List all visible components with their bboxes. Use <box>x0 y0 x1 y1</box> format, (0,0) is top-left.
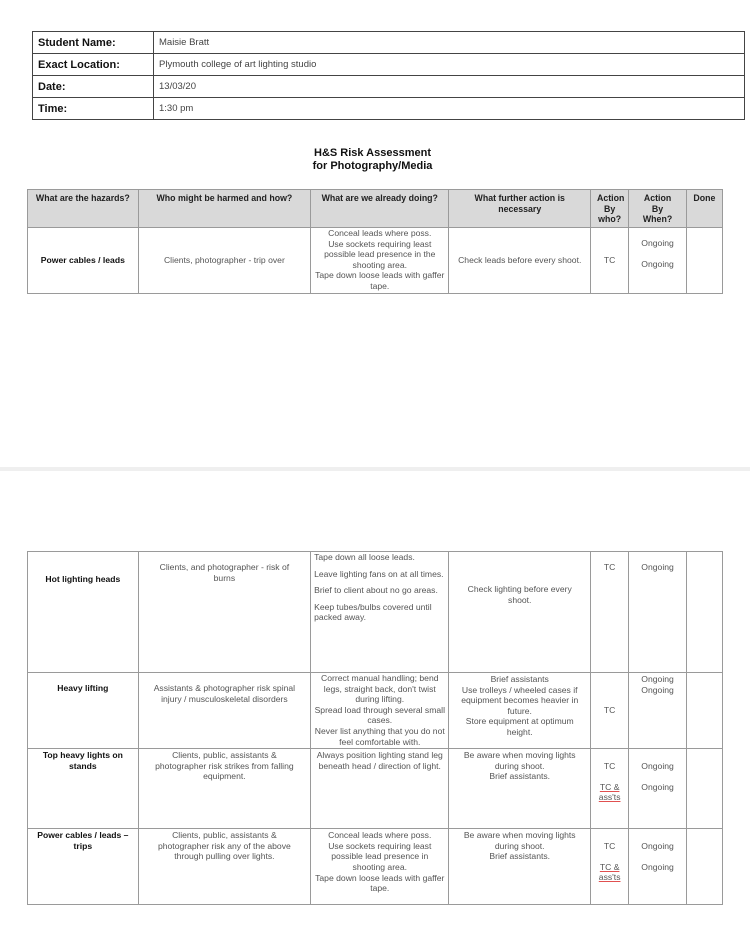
by-when-value: Ongoing <box>632 841 682 852</box>
student-name-value[interactable]: Maisie Bratt <box>154 32 745 54</box>
further-action-cell[interactable]: Brief assistants Use trolleys / wheeled … <box>449 673 591 749</box>
by-when-value: Ongoing <box>632 259 682 270</box>
student-info-table: Student Name: Maisie Bratt Exact Locatio… <box>32 31 745 120</box>
location-value[interactable]: Plymouth college of art lighting studio <box>154 54 745 76</box>
by-who-value: TC & ass'ts <box>594 862 625 883</box>
further-line: Store equipment at optimum height. <box>452 716 587 737</box>
table-row: Power cables / leads – trips Clients, pu… <box>28 829 723 905</box>
who-harmed-cell[interactable]: Clients, photographer - trip over <box>138 228 310 294</box>
hazard-cell[interactable]: Power cables / leads <box>28 228 139 294</box>
date-value[interactable]: 13/03/20 <box>154 76 745 98</box>
by-when-value: Ongoing <box>632 782 682 793</box>
action-by-who-cell[interactable]: TC TC & ass'ts <box>591 749 629 829</box>
table-header-row: What are the hazards? Who might be harme… <box>28 190 723 228</box>
further-action-cell[interactable]: Check leads before every shoot. <box>449 228 591 294</box>
by-who-value: TC <box>594 761 625 772</box>
document-title: H&S Risk Assessment for Photography/Medi… <box>250 147 495 173</box>
already-doing-cell[interactable]: Always position lighting stand leg benea… <box>311 749 449 829</box>
done-cell[interactable] <box>686 749 722 829</box>
info-row-date: Date: 13/03/20 <box>33 76 745 98</box>
doing-line: Conceal leads where poss. <box>314 830 445 841</box>
header-action-by-when: Action By When? <box>629 190 686 228</box>
further-line: Brief assistants <box>452 674 587 685</box>
by-when-value: Ongoing <box>632 685 682 696</box>
done-cell[interactable] <box>686 552 722 673</box>
header-action-by-who: Action By who? <box>591 190 629 228</box>
header-who-harmed: Who might be harmed and how? <box>138 190 310 228</box>
already-doing-cell[interactable]: Conceal leads where poss. Use sockets re… <box>311 829 449 905</box>
time-label: Time: <box>33 98 154 120</box>
who-harmed-cell[interactable]: Assistants & photographer risk spinal in… <box>138 673 310 749</box>
doing-line: Tape down loose leads with gaffer tape. <box>314 270 445 291</box>
already-doing-cell[interactable]: Correct manual handling; bend legs, stra… <box>311 673 449 749</box>
table-row: Hot lighting heads Clients, and photogra… <box>28 552 723 673</box>
action-by-when-cell[interactable]: Ongoing Ongoing <box>629 749 686 829</box>
title-line-2: for Photography/Media <box>250 160 495 173</box>
action-by-who-cell[interactable]: TC <box>591 228 629 294</box>
doing-line: Spread load through several small cases. <box>314 705 445 726</box>
hazard-cell[interactable]: Top heavy lights on stands <box>28 749 139 829</box>
further-line: Be aware when moving lights during shoot… <box>452 830 587 851</box>
hazard-cell[interactable]: Hot lighting heads <box>28 552 139 673</box>
doing-line: Never list anything that you do not feel… <box>314 726 445 747</box>
header-further-action: What further action is necessary <box>449 190 591 228</box>
action-by-when-cell[interactable]: Ongoing <box>629 552 686 673</box>
info-row-student-name: Student Name: Maisie Bratt <box>33 32 745 54</box>
by-when-value: Ongoing <box>632 761 682 772</box>
who-harmed-cell[interactable]: Clients, and photographer - risk of burn… <box>138 552 310 673</box>
doing-line: Tape down all loose leads. <box>314 552 445 563</box>
info-row-time: Time: 1:30 pm <box>33 98 745 120</box>
who-harmed-cell[interactable]: Clients, public, assistants & photograph… <box>138 829 310 905</box>
hazard-cell[interactable]: Power cables / leads – trips <box>28 829 139 905</box>
header-hazards: What are the hazards? <box>28 190 139 228</box>
further-line: Be aware when moving lights during shoot… <box>452 750 587 771</box>
already-doing-cell[interactable]: Tape down all loose leads. Leave lightin… <box>311 552 449 673</box>
already-doing-cell[interactable]: Conceal leads where poss. Use sockets re… <box>311 228 449 294</box>
action-by-when-cell[interactable]: Ongoing Ongoing <box>629 228 686 294</box>
hazard-cell[interactable]: Heavy lifting <box>28 673 139 749</box>
done-cell[interactable] <box>686 228 722 294</box>
table-row: Heavy lifting Assistants & photographer … <box>28 673 723 749</box>
table-row: Power cables / leads Clients, photograph… <box>28 228 723 294</box>
further-line: Brief assistants. <box>452 771 587 782</box>
by-who-value: TC <box>594 705 625 716</box>
title-line-1: H&S Risk Assessment <box>250 147 495 160</box>
doing-line: Correct manual handling; bend legs, stra… <box>314 673 445 705</box>
further-action-cell[interactable]: Check lighting before every shoot. <box>449 552 591 673</box>
info-row-location: Exact Location: Plymouth college of art … <box>33 54 745 76</box>
page-break <box>0 467 750 471</box>
further-action-cell[interactable]: Be aware when moving lights during shoot… <box>449 829 591 905</box>
header-already-doing: What are we already doing? <box>311 190 449 228</box>
doing-line: Use sockets requiring least possible lea… <box>314 841 445 873</box>
action-by-who-cell[interactable]: TC TC & ass'ts <box>591 829 629 905</box>
who-harmed-cell[interactable]: Clients, public, assistants & photograph… <box>138 749 310 829</box>
done-cell[interactable] <box>686 829 722 905</box>
doing-line: Conceal leads where poss. <box>314 228 445 239</box>
action-by-who-cell[interactable]: TC <box>591 673 629 749</box>
by-who-value: TC <box>594 841 625 852</box>
time-value[interactable]: 1:30 pm <box>154 98 745 120</box>
further-action-cell[interactable]: Be aware when moving lights during shoot… <box>449 749 591 829</box>
action-by-when-cell[interactable]: Ongoing Ongoing <box>629 673 686 749</box>
by-who-value: TC <box>594 562 625 573</box>
by-when-value: Ongoing <box>632 674 682 685</box>
action-by-when-cell[interactable]: Ongoing Ongoing <box>629 829 686 905</box>
doing-line: Tape down loose leads with gaffer tape. <box>314 873 445 894</box>
doing-line: Keep tubes/bulbs covered until packed aw… <box>314 602 445 623</box>
doing-line: Use sockets requiring least possible lea… <box>314 239 445 271</box>
risk-assessment-table: What are the hazards? Who might be harme… <box>27 189 723 294</box>
done-cell[interactable] <box>686 673 722 749</box>
further-line: Brief assistants. <box>452 851 587 862</box>
location-label: Exact Location: <box>33 54 154 76</box>
student-name-label: Student Name: <box>33 32 154 54</box>
risk-assessment-table-continued: Hot lighting heads Clients, and photogra… <box>27 551 723 905</box>
doing-line: Leave lighting fans on at all times. <box>314 569 445 580</box>
doing-line: Brief to client about no go areas. <box>314 585 445 596</box>
header-done: Done <box>686 190 722 228</box>
by-who-value: TC & ass'ts <box>594 782 625 803</box>
date-label: Date: <box>33 76 154 98</box>
by-when-value: Ongoing <box>632 562 682 573</box>
by-when-value: Ongoing <box>632 862 682 873</box>
by-when-value: Ongoing <box>632 238 682 249</box>
action-by-who-cell[interactable]: TC <box>591 552 629 673</box>
table-row: Top heavy lights on stands Clients, publ… <box>28 749 723 829</box>
by-who-value: TC <box>594 255 625 266</box>
further-line: Use trolleys / wheeled cases if equipmen… <box>452 685 587 717</box>
